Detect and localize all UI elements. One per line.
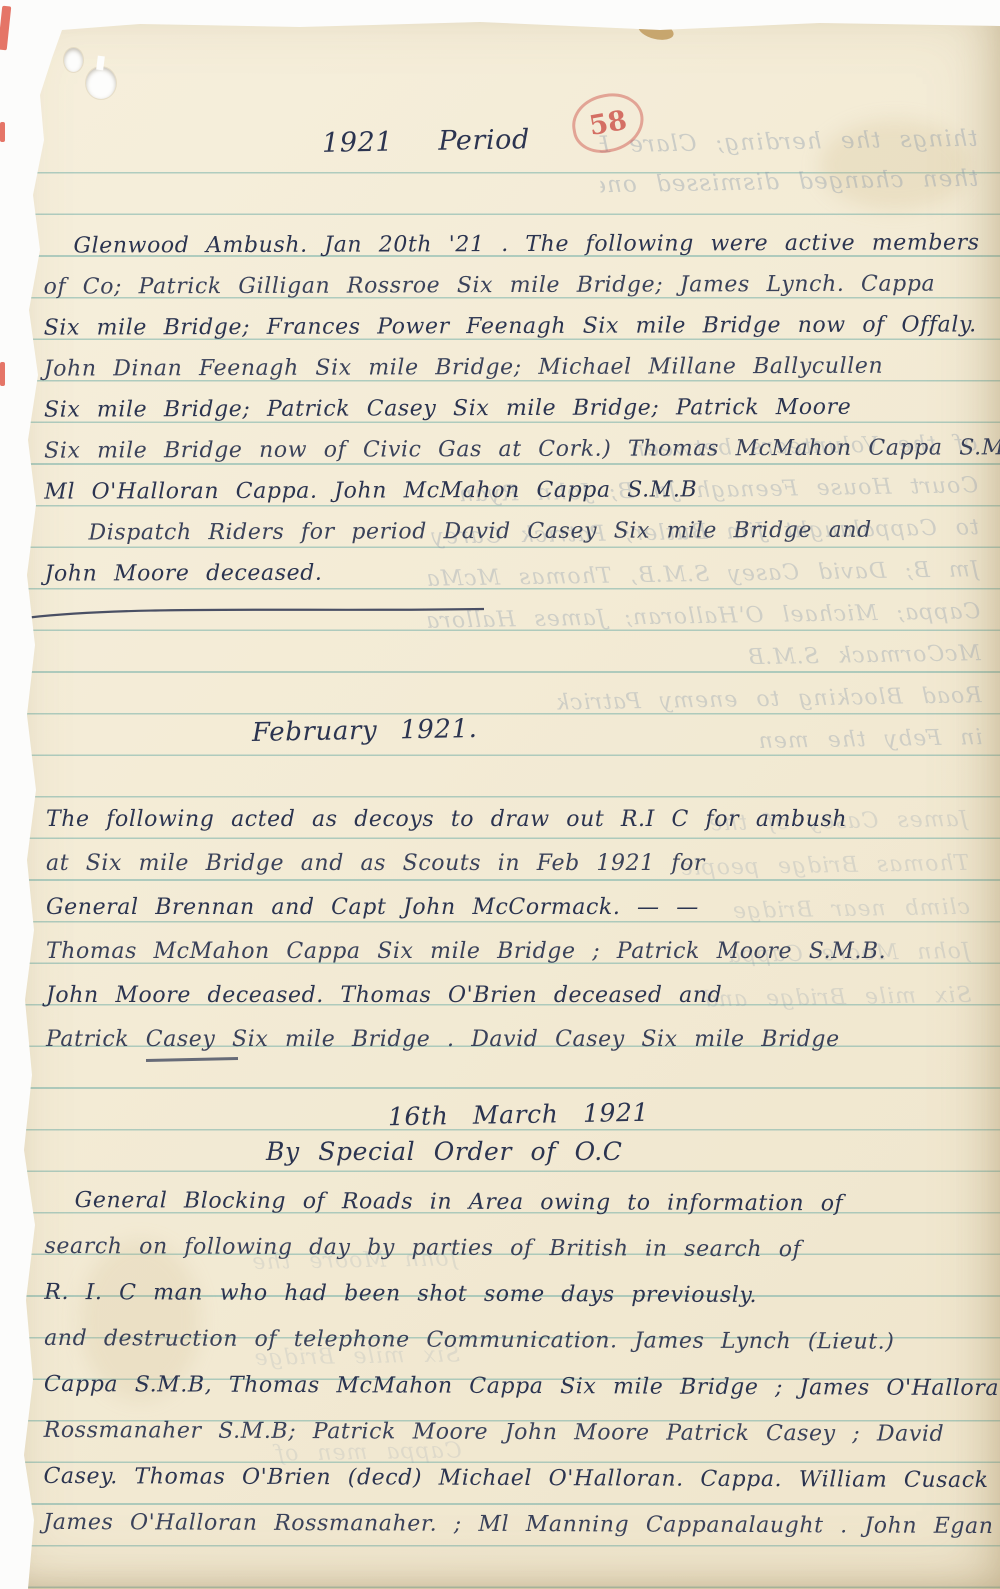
handwriting-line: Ml O'Halloran Cappa. John McMahon Cappa …	[44, 468, 984, 512]
paper-stain-spot	[636, 18, 675, 43]
red-edge-mark	[0, 6, 11, 51]
handwriting-line: Thomas McMahon Cappa Six mile Bridge ; P…	[46, 930, 976, 974]
pen-stroke-divider	[22, 600, 502, 624]
section-heading-february-1921: February 1921.	[252, 714, 478, 748]
handwriting-line: General Brennan and Capt John McCormack.…	[46, 886, 976, 930]
handwriting-line: John Moore deceased.	[45, 550, 985, 594]
paper-sheet: things the herding; Clare Brigade then c…	[0, 0, 1000, 1589]
handwriting-line: General Blocking of Roads in Area owing …	[45, 1178, 995, 1228]
punch-hole	[64, 48, 83, 72]
handwriting-line: Patrick Casey Six mile Bridge . David Ca…	[46, 1018, 976, 1062]
section-february-1921: The following acted as decoys to draw ou…	[46, 798, 976, 1062]
handwriting-line: Six mile Bridge; Frances Power Feenagh S…	[44, 304, 984, 348]
section-heading-march-date: 16th March 1921	[388, 1098, 650, 1132]
handwriting-line: Six mile Bridge now of Civic Gas at Cork…	[44, 427, 984, 471]
page-title: 1921 Period	[322, 124, 530, 159]
red-edge-mark	[0, 362, 5, 386]
handwriting-line: Rossmanaher S.M.B; Patrick Moore John Mo…	[44, 1408, 994, 1458]
section-heading-special-order: By Special Order of O.C	[266, 1137, 623, 1166]
handwriting-line: R. I. C man who had been shot some days …	[44, 1270, 994, 1320]
handwriting-line: at Six mile Bridge and as Scouts in Feb …	[46, 842, 976, 886]
handwriting-line: John Dinan Feenagh Six mile Bridge; Mich…	[44, 345, 984, 389]
handwriting-line: Cappa S.M.B, Thomas McMahon Cappa Six mi…	[44, 1362, 994, 1412]
punch-hole	[86, 67, 116, 99]
handwriting-line: Six mile Bridge; Patrick Casey Six mile …	[44, 386, 984, 430]
handwriting-line: Glenwood Ambush. Jan 20th '21 . The foll…	[43, 222, 983, 266]
handwriting-line: The following acted as decoys to draw ou…	[46, 798, 976, 842]
red-edge-mark	[0, 122, 5, 142]
section-march-1921: General Blocking of Roads in Area owing …	[43, 1178, 995, 1550]
handwriting-line: James O'Halloran Rossmanaher. ; Ml Manni…	[43, 1500, 993, 1550]
handwriting-line: Dispatch Riders for period David Casey S…	[44, 509, 984, 553]
handwriting-line: Casey. Thomas O'Brien (decd) Michael O'H…	[43, 1454, 993, 1504]
handwriting-line: search on following day by parties of Br…	[44, 1224, 994, 1274]
handwriting-line: and destruction of telephone Communicati…	[44, 1316, 994, 1366]
page-number: 58	[587, 104, 629, 141]
section-1921-period: Glenwood Ambush. Jan 20th '21 . The foll…	[43, 222, 984, 594]
handwriting-line: John Moore deceased. Thomas O'Brien dece…	[46, 974, 976, 1018]
handwriting-line: of Co; Patrick Gilligan Rossroe Six mile…	[44, 263, 984, 307]
page-number-stamp: 58	[568, 88, 649, 158]
